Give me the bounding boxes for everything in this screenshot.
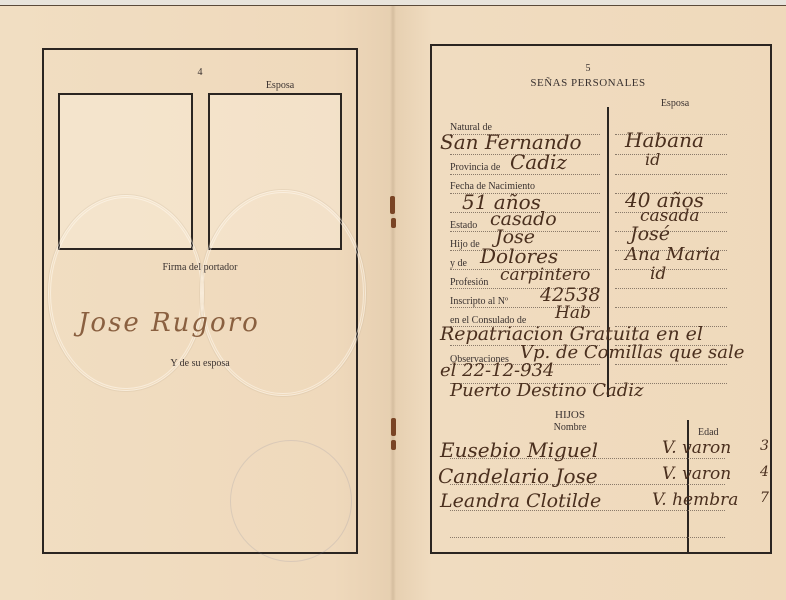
rule-line: [615, 174, 727, 175]
natural-spouse-value: Habana: [625, 128, 704, 152]
hijo-spouse-value: José: [630, 223, 670, 245]
provincia-spouse-value: id: [645, 150, 660, 169]
rule-line: [615, 269, 727, 270]
child-name-1: Eusebio Miguel: [440, 438, 598, 462]
observaciones-line-3: el 22-12-934: [440, 360, 554, 381]
child-age-2: 4: [760, 464, 769, 480]
bearer-signature: Jose Rugoro: [78, 308, 260, 338]
children-name-header: Nombre: [540, 422, 600, 433]
child-status-3: V. hembra: [652, 490, 738, 510]
staple-top: [390, 196, 395, 214]
personal-details-title: SEÑAS PERSONALES: [498, 77, 678, 89]
child-name-3: Leandra Clotilde: [440, 490, 601, 512]
consulado-value: Hab: [555, 303, 591, 323]
rule-line: [615, 364, 727, 365]
rule-line: [615, 307, 727, 308]
y-de-spouse-value: Ana Maria: [625, 244, 720, 265]
staple-top-2: [391, 218, 396, 228]
provincia-label: Provincia de: [450, 162, 500, 173]
observaciones-line-4: Puerto Destino Cadiz: [450, 380, 643, 401]
profesion-label: Profesión: [450, 277, 488, 288]
bearer-signature-label: Firma del portador: [140, 262, 260, 273]
child-age-1: 3: [760, 438, 769, 454]
hijo-label: Hijo de: [450, 239, 480, 250]
y-de-label: y de: [450, 258, 467, 269]
book-spine: [390, 6, 396, 600]
profesion-spouse-value: id: [650, 264, 666, 284]
rule-line: [615, 288, 727, 289]
spouse-photo-label: Esposa: [245, 80, 315, 91]
profesion-value: carpintero: [500, 265, 590, 285]
staple-bottom: [391, 418, 396, 436]
estado-label: Estado: [450, 220, 477, 231]
child-status-1: V. varon: [662, 438, 731, 458]
children-section-title: HIJOS: [540, 409, 600, 421]
left-page-number: 4: [190, 67, 210, 78]
child-age-3: 7: [760, 490, 769, 506]
inscripto-label: Inscripto al Nº: [450, 296, 508, 307]
child-rule-line: [450, 537, 725, 538]
right-page-number: 5: [578, 63, 598, 74]
spouse-column-label: Esposa: [640, 98, 710, 109]
child-name-2: Candelario Jose: [438, 464, 598, 488]
child-status-2: V. varon: [662, 464, 731, 484]
staple-bottom-2: [391, 440, 396, 450]
faint-consulate-stamp: [230, 440, 352, 562]
provincia-value: Cadiz: [510, 150, 567, 174]
spouse-signature-label: Y de su esposa: [150, 358, 250, 369]
rule-line: [615, 154, 727, 155]
children-age-header: Edad: [698, 427, 719, 438]
rule-line: [450, 174, 600, 175]
